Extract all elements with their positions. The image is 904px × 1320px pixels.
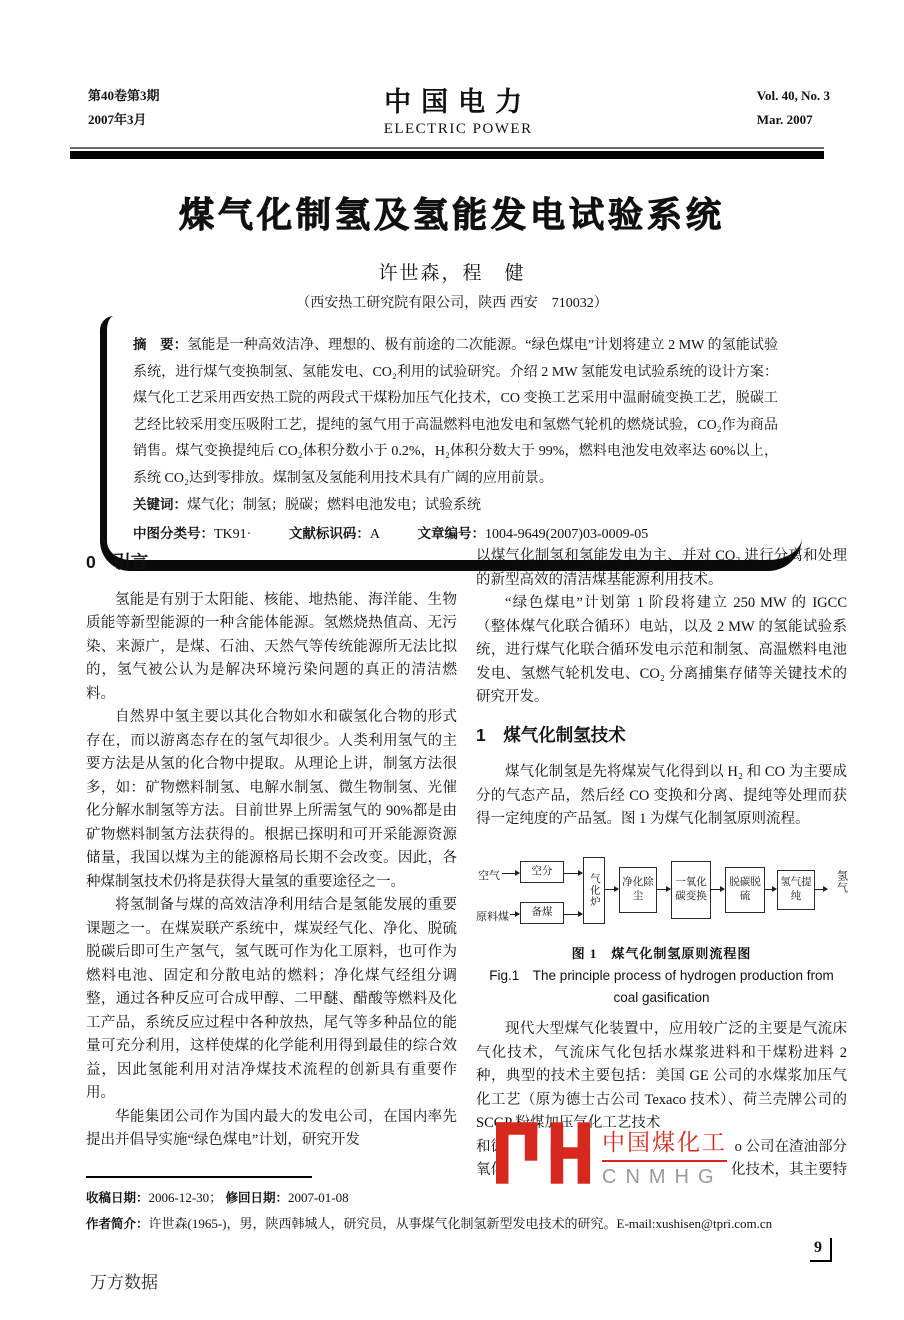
footnote-rule bbox=[86, 1176, 312, 1178]
paragraph: 煤气化制氢是先将煤炭气化得到以 H₂ 和 CO 为主要成分的气态产品，然后经 C… bbox=[476, 761, 847, 832]
figure-1-caption-en: Fig.1 The principle process of hydrogen … bbox=[476, 965, 847, 1008]
author-bio-label: 作者简介： bbox=[86, 1217, 149, 1231]
flow-arrow bbox=[815, 889, 827, 890]
abstract-paragraph: 摘 要：氢能是一种高效洁净、理想的、极有前途的二次能源。“绿色煤电”计划将建立 … bbox=[133, 332, 778, 492]
clc-label: 中图分类号： bbox=[133, 526, 214, 541]
keywords-text: 煤气化；制氢；脱碳；燃料电池发电；试验系统 bbox=[187, 498, 481, 513]
paper-page: 第40卷第3期 2007年3月 中国电力 ELECTRIC POWER Vol.… bbox=[0, 0, 904, 1320]
flow-input-coal-label: 原料煤 bbox=[476, 906, 509, 930]
left-column: 0 引言 氢能是有别于太阳能、核能、地热能、海洋能、生物质能等新型能源的一种含能… bbox=[86, 545, 457, 1183]
flow-box-purification-dedusting: 净化除尘 bbox=[619, 867, 657, 913]
abstract-text: 氢能是一种高效洁净、理想的、极有前途的二次能源。“绿色煤电”计划将建立 2 MW… bbox=[133, 338, 778, 486]
journal-title-cn: 中国电力 bbox=[384, 80, 533, 119]
flow-arrow bbox=[657, 889, 670, 890]
author-bio-text: 许世森(1965-)，男，陕西韩城人，研究员，从事煤气化制氢新型发电技术的研究。… bbox=[149, 1216, 773, 1231]
abstract-label: 摘 要： bbox=[133, 337, 187, 352]
clc-pair: 中图分类号：TK91· bbox=[133, 527, 251, 542]
body-columns: 0 引言 氢能是有别于太阳能、核能、地热能、海洋能、生物质能等新型能源的一种含能… bbox=[86, 545, 848, 1183]
issue-date-cn: 2007年3月 bbox=[88, 108, 160, 132]
figure-1-caption-en-line2: coal gasification bbox=[476, 987, 847, 1009]
flow-arrow bbox=[564, 873, 582, 874]
flow-arrow bbox=[605, 889, 618, 890]
doc-code-label: 文献标识码： bbox=[289, 526, 370, 541]
page-number: 9 bbox=[810, 1238, 832, 1262]
flow-box-hydrogen-purification: 氢气提纯 bbox=[777, 870, 815, 910]
article-id-label: 文章编号： bbox=[417, 526, 485, 541]
received-label: 收稿日期： bbox=[86, 1191, 149, 1205]
received-date: 2006-12-30； bbox=[149, 1190, 223, 1205]
fragment-text: 化技术，其主要特 bbox=[731, 1159, 847, 1183]
article-authors: 许世森，程 健 bbox=[0, 258, 904, 285]
clc-value: TK91· bbox=[214, 527, 251, 542]
flow-arrow bbox=[765, 889, 776, 890]
journal-issue-en: Vol. 40, No. 3 Mar. 2007 bbox=[757, 84, 830, 132]
section-0-heading: 0 引言 bbox=[86, 551, 457, 575]
flow-box-co-shift: 一氧化碳变换 bbox=[671, 861, 711, 919]
flow-arrow bbox=[502, 873, 519, 874]
issue-date-en: Mar. 2007 bbox=[757, 108, 830, 132]
doc-code-pair: 文献标识码：A bbox=[289, 527, 380, 542]
flow-box-coal-preparation: 备煤 bbox=[520, 902, 564, 924]
doc-code-value: A bbox=[370, 527, 380, 542]
article-meta-line: 中图分类号：TK91· 文献标识码：A 文章编号：1004-9649(2007)… bbox=[133, 521, 778, 549]
paragraph: “绿色煤电”计划第 1 阶段将建立 250 MW 的 IGCC（整体煤气化联合循… bbox=[476, 592, 847, 710]
article-id-pair: 文章编号：1004-9649(2007)03-0009-05 bbox=[417, 527, 648, 542]
paragraph-fragment-line: 氧化 化技术，其主要特 bbox=[476, 1159, 847, 1183]
issue-number-en: Vol. 40, No. 3 bbox=[757, 84, 830, 108]
wanfang-data-mark: 万方数据 bbox=[90, 1268, 158, 1293]
journal-issue-cn: 第40卷第3期 2007年3月 bbox=[88, 84, 160, 132]
article-id-value: 1004-9649(2007)03-0009-05 bbox=[485, 527, 648, 542]
journal-title-block: 中国电力 ELECTRIC POWER bbox=[384, 80, 533, 138]
fragment-text: o 公司在渣油部分 bbox=[735, 1136, 847, 1160]
received-dates-line: 收稿日期：2006-12-30； 修回日期：2007-01-08 bbox=[86, 1188, 844, 1208]
figure-1-flow-diagram: 空气 原料煤 空分 备煤 气化炉 净化除尘 一氧化碳变换 脱碳脱硫 氢气提纯 bbox=[476, 844, 848, 934]
revised-date: 2007-01-08 bbox=[288, 1190, 349, 1205]
paragraph: 将氢制备与煤的高效洁净利用结合是氢能发展的重要课题之一。在煤炭联产系统中，煤炭经… bbox=[86, 894, 457, 1106]
flow-box-decarbonization-desulfurization: 脱碳脱硫 bbox=[725, 867, 765, 913]
flow-box-air-separation: 空分 bbox=[520, 861, 564, 883]
flow-output-hydrogen-label: 氢气 bbox=[829, 870, 853, 894]
journal-header: 第40卷第3期 2007年3月 中国电力 ELECTRIC POWER Vol.… bbox=[88, 84, 830, 138]
keywords-label: 关键词： bbox=[133, 497, 187, 512]
header-rule-thin bbox=[70, 147, 824, 149]
figure-1-caption-cn: 图 1 煤气化制氢原则流程图 bbox=[476, 942, 847, 966]
paragraph: 自然界中氢主要以其化合物如水和碳氢化合物的形式存在，而以游离态存在的氢气却很少。… bbox=[86, 706, 457, 894]
paragraph: 华能集团公司作为国内最大的发电公司，在国内率先提出并倡导实施“绿色煤电”计划，研… bbox=[86, 1106, 457, 1153]
journal-title-en: ELECTRIC POWER bbox=[384, 121, 533, 138]
keywords-line: 关键词：煤气化；制氢；脱碳；燃料电池发电；试验系统 bbox=[133, 492, 778, 520]
author-bio-line: 作者简介：许世森(1965-)，男，陕西韩城人，研究员，从事煤气化制氢新型发电技… bbox=[86, 1214, 844, 1234]
paragraph: 现代大型煤气化装置中，应用较广泛的主要是气流床气化技术，气流床气化包括水煤浆进料… bbox=[476, 1018, 847, 1136]
flow-arrow bbox=[510, 914, 519, 915]
figure-1-caption-en-line1: Fig.1 The principle process of hydrogen … bbox=[476, 965, 847, 987]
paragraph-fragment-line: 和德 o 公司在渣油部分 bbox=[476, 1136, 847, 1160]
article-affiliation: （西安热工研究院有限公司，陕西 西安 710032） bbox=[0, 292, 904, 312]
right-column: 以煤气化制氢和氢能发电为主、并对 CO₂ 进行分离和处理的新型高效的清洁煤基能源… bbox=[476, 545, 847, 1183]
flow-arrow bbox=[711, 889, 724, 890]
flow-input-air-label: 空气 bbox=[478, 865, 500, 889]
section-1-heading: 1 煤气化制氢技术 bbox=[476, 724, 847, 748]
flow-arrow bbox=[564, 914, 582, 915]
paragraph: 氢能是有别于太阳能、核能、地热能、海洋能、生物质能等新型能源的一种含能体能源。氢… bbox=[86, 589, 457, 707]
fragment-text: 氧化 bbox=[476, 1159, 505, 1183]
header-rule-thick bbox=[70, 151, 824, 159]
abstract-box: 摘 要：氢能是一种高效洁净、理想的、极有前途的二次能源。“绿色煤电”计划将建立 … bbox=[100, 316, 802, 571]
paragraph: 以煤气化制氢和氢能发电为主、并对 CO₂ 进行分离和处理的新型高效的清洁煤基能源… bbox=[476, 545, 847, 592]
issue-number-cn: 第40卷第3期 bbox=[88, 84, 160, 108]
revised-label: 修回日期： bbox=[225, 1191, 288, 1205]
flow-box-gasifier: 气化炉 bbox=[583, 857, 605, 924]
article-title: 煤气化制氢及氢能发电试验系统 bbox=[0, 188, 904, 238]
fragment-text: 和德 bbox=[476, 1136, 505, 1160]
